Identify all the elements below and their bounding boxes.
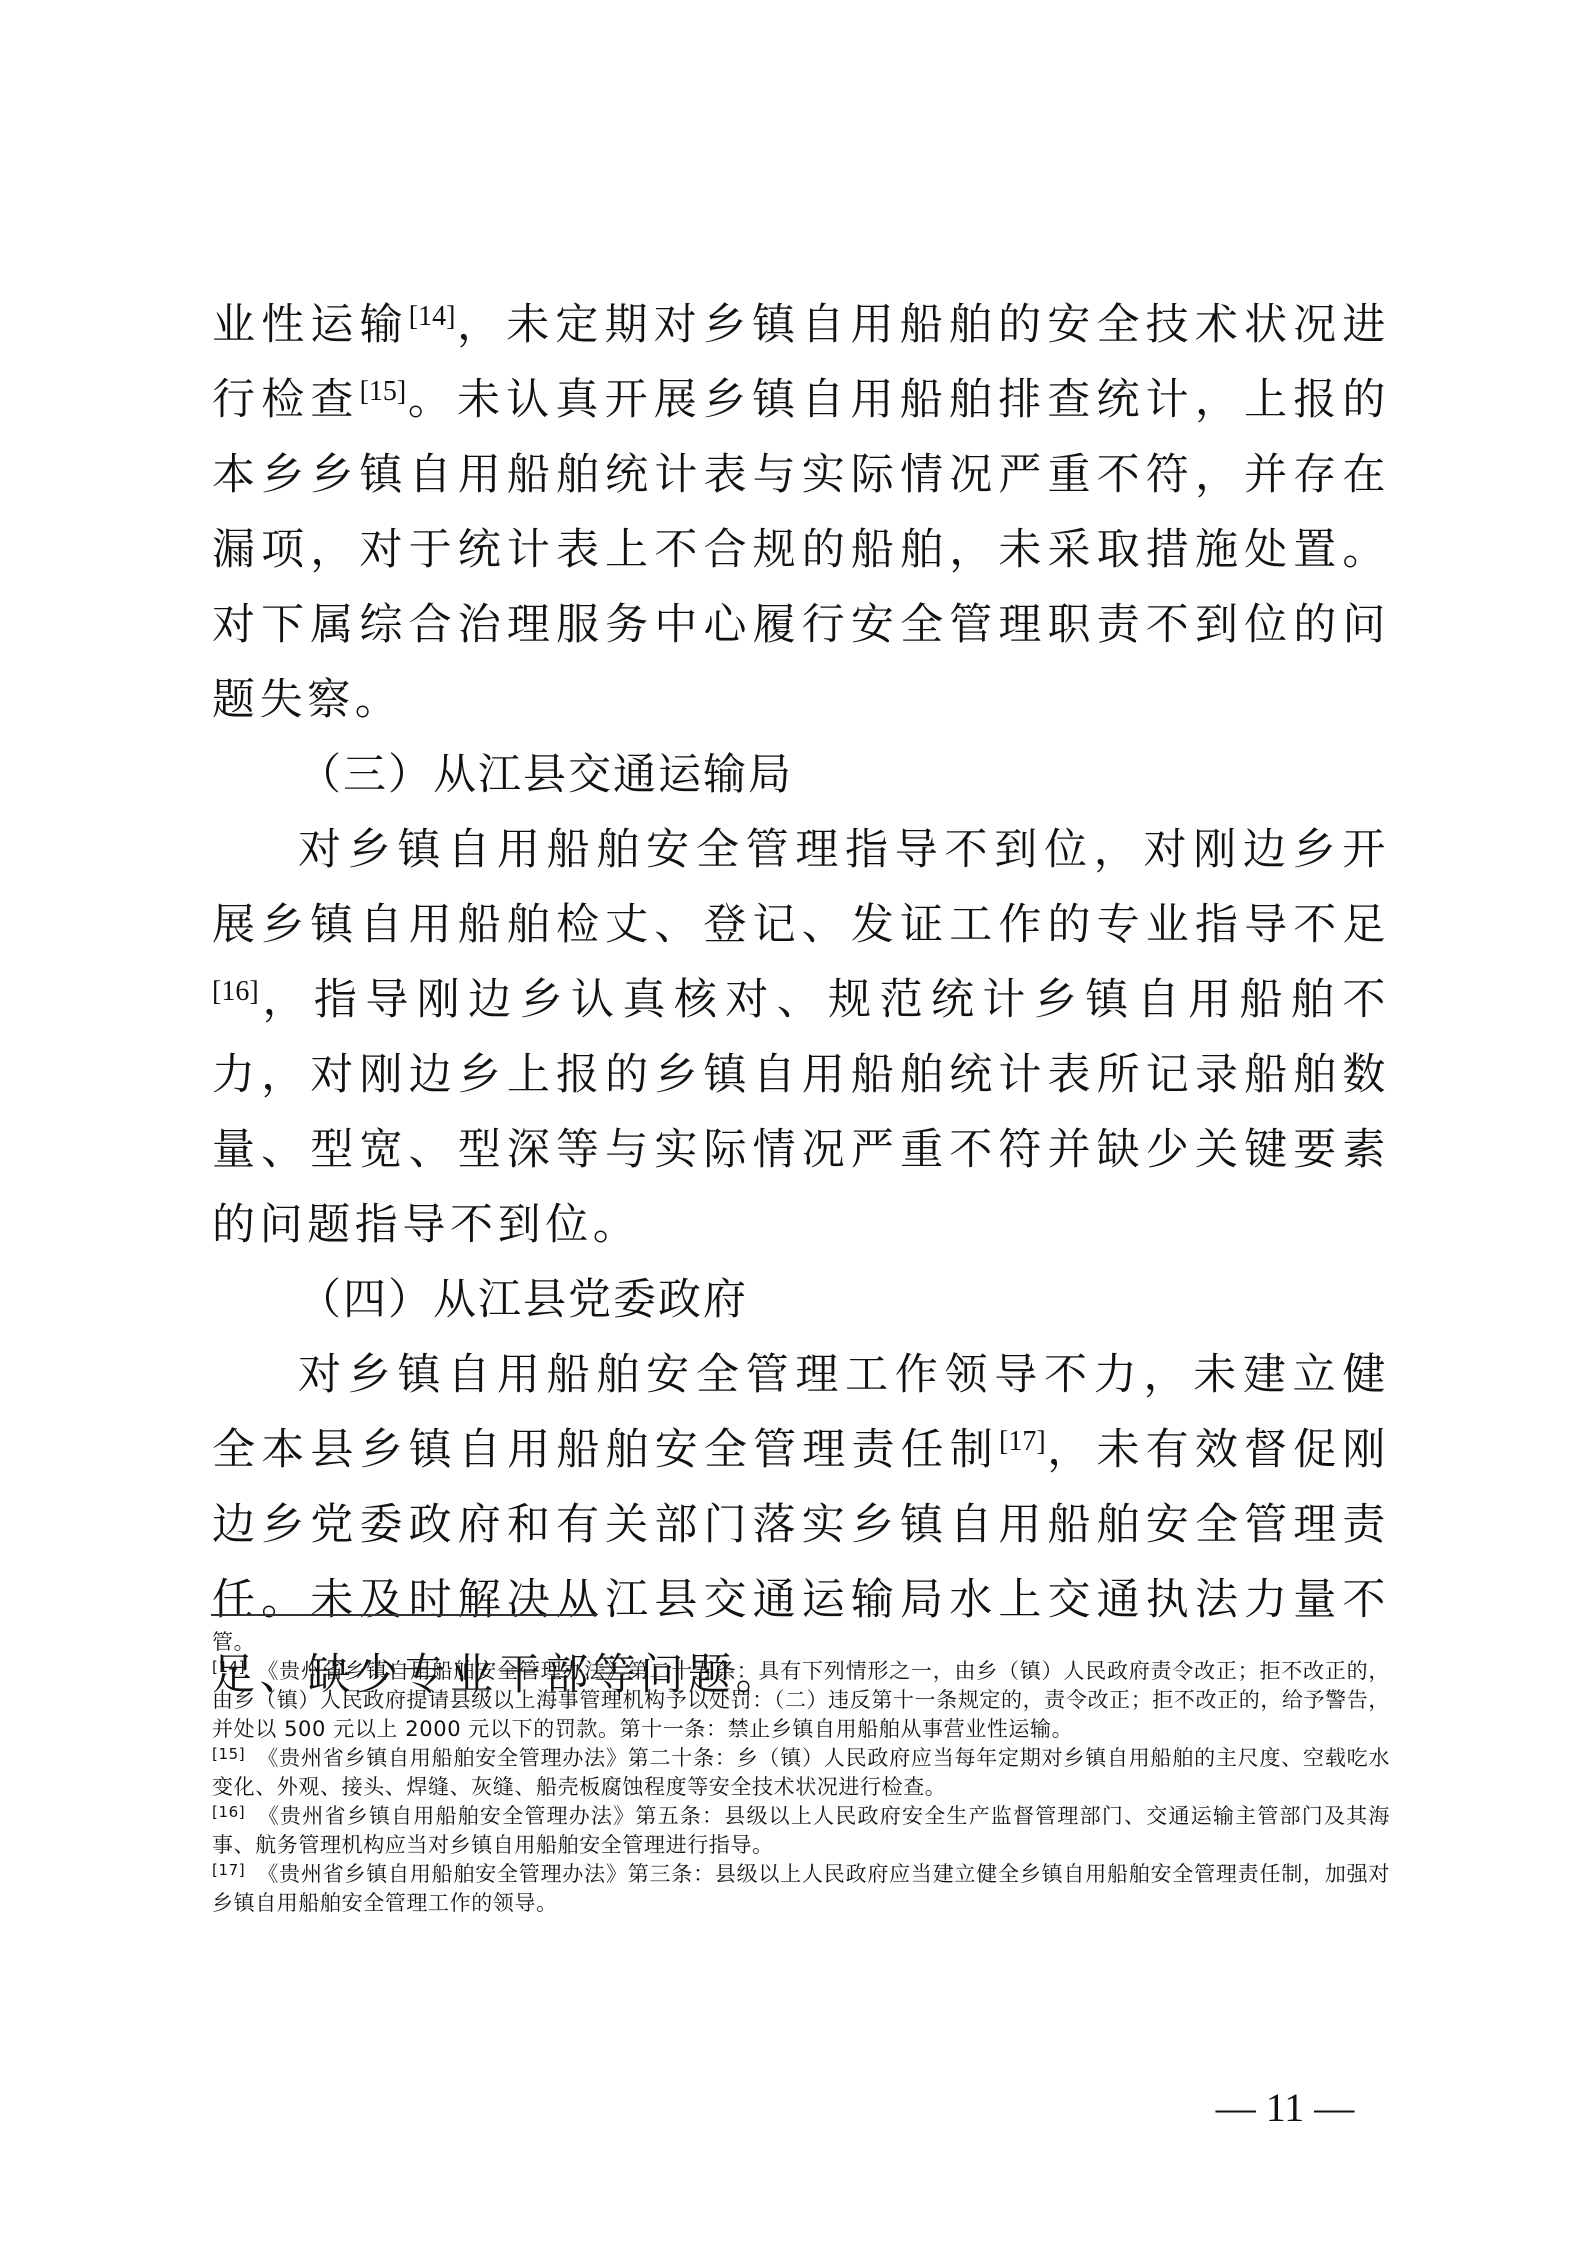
footnote-ref-15[interactable]: [15] (360, 376, 407, 407)
footnote-mark: [16] (212, 1803, 245, 1821)
footnote-ref-14[interactable]: [14] (409, 301, 456, 332)
footnote-text: 《贵州省乡镇自用船舶安全管理办法》第五条：县级以上人民政府安全生产监督管理部门、… (212, 1804, 1390, 1857)
paragraph-township-responsibility: 业性运输[14]，未定期对乡镇自用船舶的安全技术状况进行检查[15]。未认真开展… (212, 288, 1390, 738)
page-number: — 11 — (1195, 2083, 1375, 2133)
paragraph-text: ，指导刚边乡认真核对、规范统计乡镇自用船舶不力，对刚边乡上报的乡镇自用船舶统计表… (212, 975, 1390, 1250)
footnote-continuation: 管。 (212, 1628, 1390, 1657)
footnote-text: 《贵州省乡镇自用船舶安全管理办法》第二十条：乡（镇）人民政府应当每年定期对乡镇自… (212, 1746, 1390, 1799)
paragraph-text: 业性运输 (212, 300, 409, 350)
document-page: 业性运输[14]，未定期对乡镇自用船舶的安全技术状况进行检查[15]。未认真开展… (0, 0, 1587, 2245)
paragraph-transport-bureau: 对乡镇自用船舶安全管理指导不到位，对刚边乡开展乡镇自用船舶检丈、登记、发证工作的… (212, 813, 1390, 1263)
footnote-mark: [15] (212, 1745, 245, 1763)
footnote-14: [14]《贵州省乡镇自用船舶安全管理办法》第二十五条：具有下列情形之一，由乡（镇… (212, 1657, 1390, 1744)
footnote-ref-17[interactable]: [17] (999, 1426, 1046, 1457)
footnote-mark: [14] (212, 1658, 245, 1676)
footnote-17: [17]《贵州省乡镇自用船舶安全管理办法》第三条：县级以上人民政府应当建立健全乡… (212, 1860, 1390, 1918)
body-text: 业性运输[14]，未定期对乡镇自用船舶的安全技术状况进行检查[15]。未认真开展… (212, 288, 1390, 1713)
footnote-mark: [17] (212, 1861, 245, 1879)
footnote-ref-16[interactable]: [16] (212, 976, 259, 1007)
footnote-text: 《贵州省乡镇自用船舶安全管理办法》第三条：县级以上人民政府应当建立健全乡镇自用船… (212, 1862, 1390, 1915)
footnotes: 管。 [14]《贵州省乡镇自用船舶安全管理办法》第二十五条：具有下列情形之一，由… (212, 1628, 1390, 1918)
section-heading-transport-bureau: （三）从江县交通运输局 (212, 738, 1390, 813)
paragraph-text: 。未认真开展乡镇自用船舶排查统计，上报的本乡乡镇自用船舶统计表与实际情况严重不符… (212, 375, 1390, 725)
footnote-16: [16]《贵州省乡镇自用船舶安全管理办法》第五条：县级以上人民政府安全生产监督管… (212, 1802, 1390, 1860)
footnote-15: [15]《贵州省乡镇自用船舶安全管理办法》第二十条：乡（镇）人民政府应当每年定期… (212, 1744, 1390, 1802)
section-heading-county-party-government: （四）从江县党委政府 (212, 1263, 1390, 1338)
footnote-divider (211, 1614, 597, 1616)
footnote-text: 《贵州省乡镇自用船舶安全管理办法》第二十五条：具有下列情形之一，由乡（镇）人民政… (212, 1659, 1390, 1741)
paragraph-text: 对乡镇自用船舶安全管理指导不到位，对刚边乡开展乡镇自用船舶检丈、登记、发证工作的… (212, 825, 1390, 950)
